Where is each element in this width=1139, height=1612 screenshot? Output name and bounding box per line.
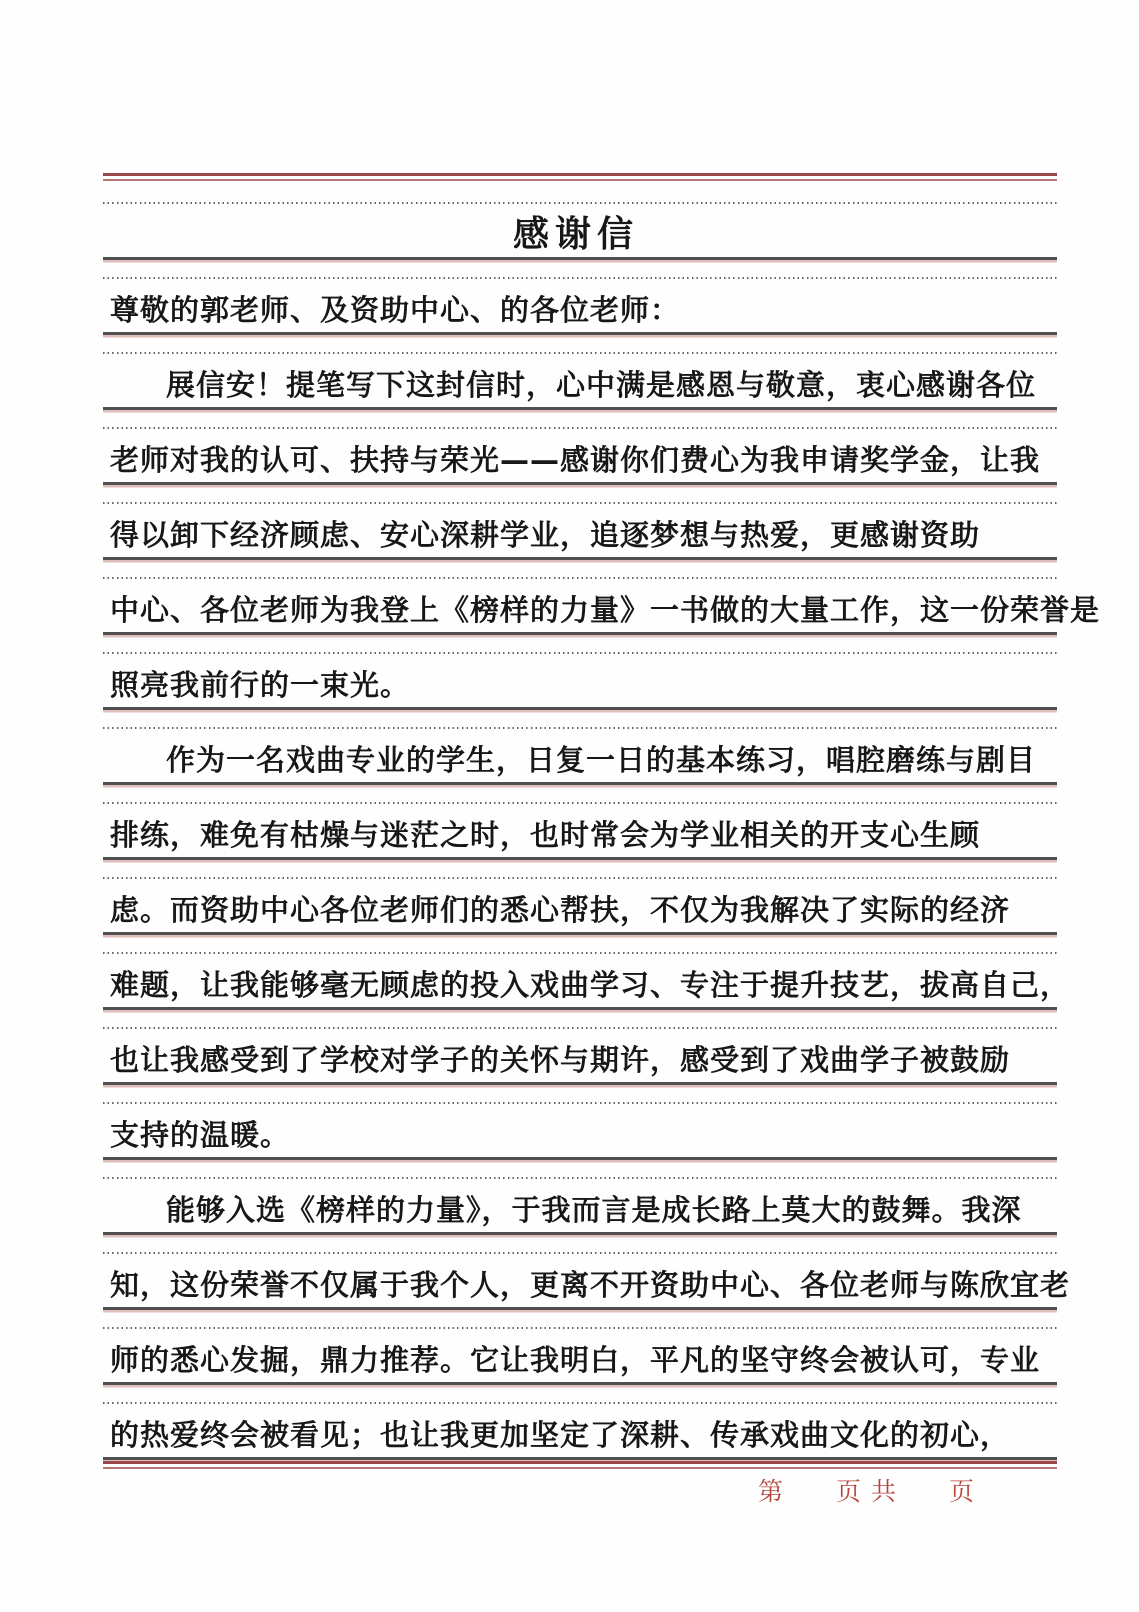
handwritten-line-9: 虑。而资助中心各位老师们的悉心帮扶，不仅为我解决了实际的经济: [110, 888, 1042, 932]
dotted-guide-line: [103, 502, 1057, 504]
ruled-base-line: [103, 632, 1057, 635]
salutation-line: 尊敬的郭老师、及资助中心、的各位老师：: [110, 288, 1042, 332]
dotted-guide-line: [103, 427, 1057, 429]
ruled-base-line: [103, 1232, 1057, 1235]
dotted-guide-line: [103, 1402, 1057, 1404]
ruled-base-line: [103, 257, 1057, 260]
bottom-rule-line-1: [103, 1461, 1057, 1464]
handwritten-line-16: 的热爱终会被看见；也让我更加坚定了深耕、传承戏曲文化的初心，: [110, 1413, 1042, 1457]
dotted-guide-line: [103, 577, 1057, 579]
ruled-base-line: [103, 782, 1057, 785]
handwritten-line-4: 得以卸下经济顾虑、安心深耕学业，追逐梦想与热爱，更感谢资助: [110, 513, 1042, 557]
handwritten-line-11: 也让我感受到了学校对学子的关怀与期许，感受到了戏曲学子被鼓励: [110, 1038, 1042, 1082]
ruled-base-line: [103, 482, 1057, 485]
handwritten-line-10: 难题，让我能够毫无顾虑的投入戏曲学习、专注于提升技艺，拔高自己，: [110, 963, 1042, 1007]
ruled-base-line: [103, 332, 1057, 335]
ruled-base-line: [103, 1157, 1057, 1160]
dotted-guide-line: [103, 652, 1057, 654]
dotted-guide-line: [103, 727, 1057, 729]
handwritten-line-8: 排练，难免有枯燥与迷茫之时，也时常会为学业相关的开支心生顾: [110, 813, 1042, 857]
ruled-base-line: [103, 1007, 1057, 1010]
page-number-footer: 第 页 共 页: [758, 1472, 975, 1508]
bottom-rule-line-2: [103, 1467, 1057, 1469]
handwritten-line-2: 展信安！提笔写下这封信时，心中满是感恩与敬意，衷心感谢各位: [110, 363, 1098, 407]
ruled-base-line: [103, 1082, 1057, 1085]
ruled-base-line: [103, 857, 1057, 860]
handwritten-line-12: 支持的温暖。: [110, 1113, 1042, 1157]
handwritten-line-6: 照亮我前行的一束光。: [110, 663, 1042, 707]
handwritten-line-7: 作为一名戏曲专业的学生，日复一日的基本练习，唱腔磨练与剧目: [110, 738, 1098, 782]
ruled-base-line: [103, 707, 1057, 710]
handwritten-line-14: 知，这份荣誉不仅属于我个人，更离不开资助中心、各位老师与陈欣宜老: [110, 1263, 1042, 1307]
ruled-base-line: [103, 1457, 1057, 1460]
dotted-guide-line: [103, 1252, 1057, 1254]
handwritten-line-3: 老师对我的认可、扶持与荣光——感谢你们费心为我申请奖学金，让我: [110, 438, 1042, 482]
ruled-base-line: [103, 407, 1057, 410]
dotted-guide-line: [103, 1327, 1057, 1329]
dotted-guide-line: [103, 202, 1057, 204]
dotted-guide-line: [103, 877, 1057, 879]
dotted-guide-line: [103, 952, 1057, 954]
top-rule-line-2: [103, 179, 1057, 181]
ruled-base-line: [103, 1307, 1057, 1310]
dotted-guide-line: [103, 1027, 1057, 1029]
ruled-base-line: [103, 557, 1057, 560]
handwritten-line-5: 中心、各位老师为我登上《榜样的力量》一书做的大量工作，这一份荣誉是: [110, 588, 1042, 632]
dotted-guide-line: [103, 277, 1057, 279]
letter-title: 感谢信: [110, 213, 1042, 257]
dotted-guide-line: [103, 802, 1057, 804]
ruled-base-line: [103, 1382, 1057, 1385]
handwritten-line-13: 能够入选《榜样的力量》，于我而言是成长路上莫大的鼓舞。我深: [110, 1188, 1098, 1232]
top-rule-line-1: [103, 173, 1057, 176]
dotted-guide-line: [103, 1177, 1057, 1179]
ruled-base-line: [103, 932, 1057, 935]
handwritten-line-15: 师的悉心发掘，鼎力推荐。它让我明白，平凡的坚守终会被认可，专业: [110, 1338, 1042, 1382]
dotted-guide-line: [103, 352, 1057, 354]
letter-sheet: 感谢信尊敬的郭老师、及资助中心、的各位老师：展信安！提笔写下这封信时，心中满是感…: [0, 0, 1139, 1612]
dotted-guide-line: [103, 1102, 1057, 1104]
